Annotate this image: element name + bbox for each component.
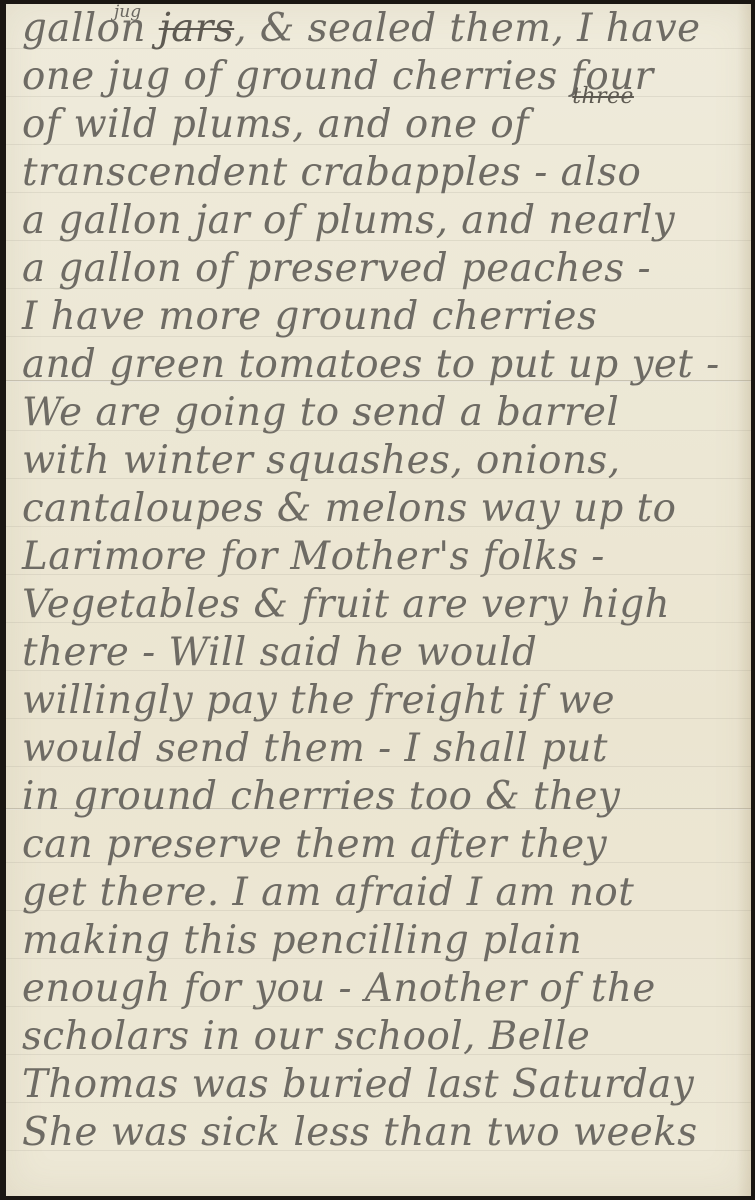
- text-line-11: cantaloupes & melons way up to: [22, 486, 737, 532]
- line-text: one jug of ground cherries four: [22, 54, 654, 99]
- text-line-22: scholars in our school, Belle: [22, 1014, 737, 1060]
- text-line-16: would send them - I shall put: [22, 726, 737, 772]
- struck-word: jars: [159, 6, 234, 51]
- text-line-9: We are going to send a barrel: [22, 390, 737, 436]
- text-line-7: I have more ground cherries: [22, 294, 737, 340]
- text-line-18: can preserve them after they: [22, 822, 737, 868]
- text-line-8: and green tomatoes to put up yet -: [22, 342, 737, 388]
- text-line-10: with winter squashes, onions,: [22, 438, 737, 484]
- text-line-4: transcendent crabapples - also: [22, 150, 737, 196]
- text-line-14: there - Will said he would: [22, 630, 737, 676]
- text-line-17: in ground cherries too & they: [22, 774, 737, 820]
- text-line-13: Vegetables & fruit are very high: [22, 582, 737, 628]
- text-line-23: Thomas was buried last Saturday: [22, 1062, 737, 1108]
- text-line-2: one jug of ground cherries fourthree: [22, 54, 737, 106]
- handwritten-text: gallon jars, & sealed them, I have jug o…: [6, 4, 751, 1196]
- insertion-above: jug: [114, 4, 141, 22]
- text-line-19: get there. I am afraid I am not: [22, 870, 737, 916]
- text-line-24: She was sick less than two weeks: [22, 1110, 737, 1156]
- letter-page: gallon jars, & sealed them, I have jug o…: [6, 4, 751, 1196]
- text-line-15: willingly pay the freight if we: [22, 678, 737, 724]
- text-line-6: a gallon of preserved peaches -: [22, 246, 737, 292]
- line-text: , & sealed them, I have: [234, 6, 700, 51]
- text-line-3: of wild plums, and one of: [22, 102, 737, 148]
- text-line-12: Larimore for Mother's folks -: [22, 534, 737, 580]
- text-line-21: enough for you - Another of the: [22, 966, 737, 1012]
- text-line-20: making this pencilling plain: [22, 918, 737, 964]
- text-line-5: a gallon jar of plums, and nearly: [22, 198, 737, 244]
